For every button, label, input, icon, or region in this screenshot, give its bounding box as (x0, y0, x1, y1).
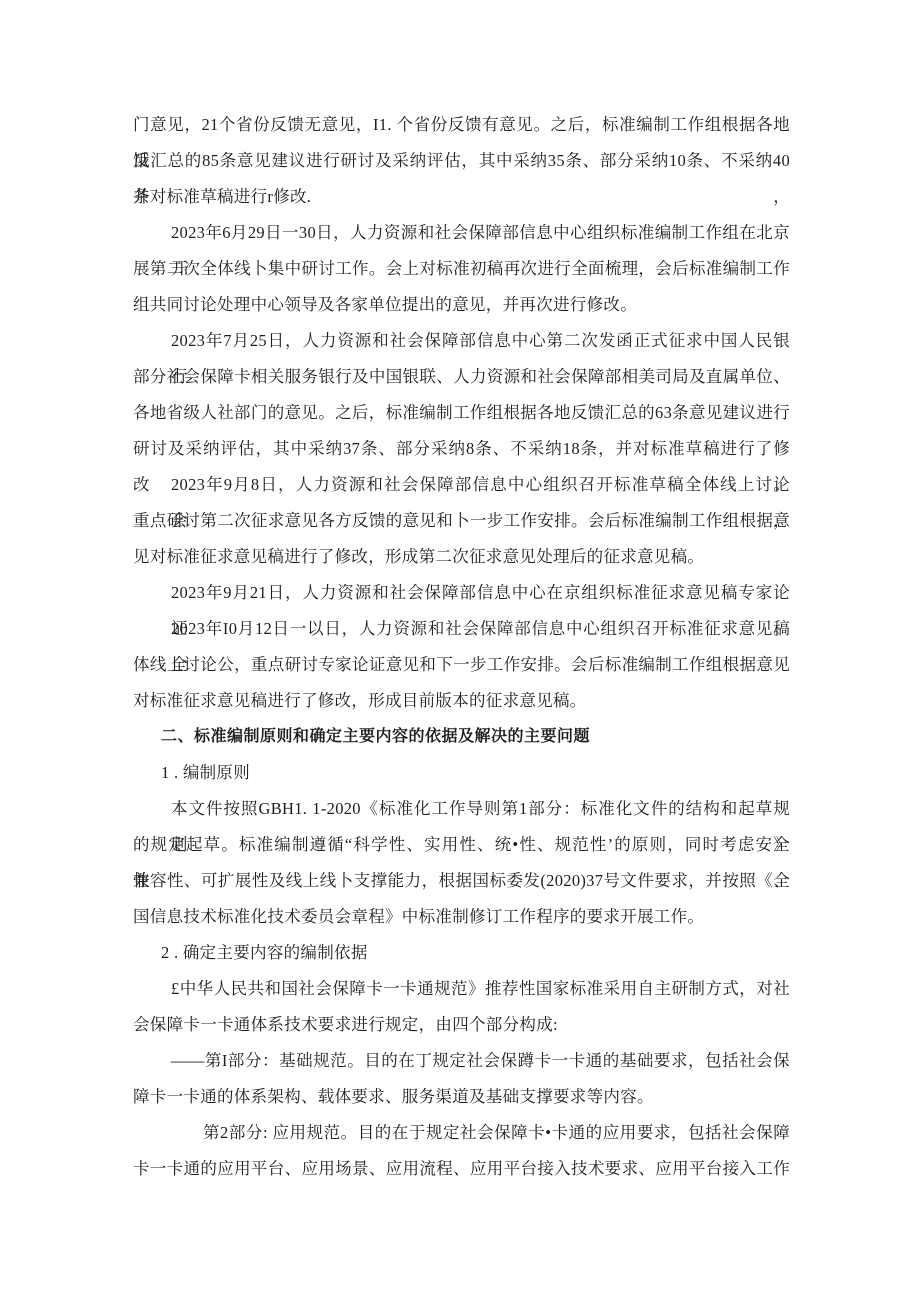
text-line: 对标准征求意见稿进行了修改，形成目前版本的征求意见稿。 (133, 683, 790, 719)
text-line: 2 . 确定主要内容的编制依据 (133, 935, 790, 971)
text-line: 研讨及采纳评估，其中采纳37条、部分采纳8条、不采纳18条，并对标准草稿进行了修… (133, 431, 790, 467)
text-line: 2023年6月29日一30日，人力资源和社会保障部信息中心组织标准编制工作组在北… (133, 215, 790, 251)
text-line: 2023年9月8日，人力资源和社会保障部信息中心组织召开标准草稿全体线上讨论会， (133, 467, 790, 503)
text-line: 门意见，21个省份反馈无意见，I1. 个省份反馈有意见。之后，标准编制工作组根据… (133, 107, 790, 143)
text-line: ——第I部分：基础规范。目的在丁规定社会保蹲卡一卡通的基础要求，包括社会保 (133, 1043, 790, 1079)
text-line: 兼容性、可扩展性及线上线卜支撑能力，根据国标委发(2020)37号文件要求，并按… (133, 863, 790, 899)
text-line: 国信息技术标准化技术委员会章程》中标准制修订工作程序的要求开展工作。 (133, 899, 790, 935)
document-text-block: 门意见，21个省份反馈无意见，I1. 个省份反馈有意见。之后，标准编制工作组根据… (133, 107, 790, 1187)
text-line: 2023年9月21日，人力资源和社会保障部信息中心在京组织标准征求意见稿专家论证… (133, 575, 790, 611)
text-line: 本文件按照GBH1. 1-2020《标准化工作导则第1部分：标准化文件的结构和起… (133, 791, 790, 827)
text-line: 2023年7月25日，人力资源和社会保障部信息中心第二次发函正式征求中国人民银行… (133, 323, 790, 359)
text-line: 饿汇总的85条意见建议进行研讨及采纳评估，其中采纳35条、部分采纳10条、不采纳… (133, 143, 790, 179)
text-line: 组共同讨论处理中心领导及各家单位提出的意见，并再次进行修改。 (133, 287, 790, 323)
text-line: 重点研讨第二次征求意见各方反馈的意见和卜一步工作安排。会后标准编制工作组根据意 (133, 503, 790, 539)
text-line: 二、标准编制原则和确定主要内容的依据及解决的主要问题 (133, 719, 790, 755)
text-line: 见对标准征求意见稿进行了修改，形成第二次征求意见处理后的征求意见稿。 (133, 539, 790, 575)
text-line: 1 . 编制原则 (133, 755, 790, 791)
text-line: 2023年I0月12日一以日，人力资源和社会保障部信息中心组织召开标准征求意见稿… (133, 611, 790, 647)
text-line: 的规定起草。标准编制遵循“科学性、实用性、统•性、规范性’的原则，同时考虑安全性… (133, 827, 790, 863)
text-line: 部分社会保障卡相关服务银行及中国银联、人力资源和社会保障部相美司局及直属单位、 (133, 359, 790, 395)
text-line: 体线上讨论公，重点研讨专家论证意见和下一步工作安排。会后标准编制工作组根据意见 (133, 647, 790, 683)
text-line: £中华人民共和国社会保障卡一卡通规范》推荐性国家标准采用自主研制方式，对社 (133, 971, 790, 1007)
document-page: 门意见，21个省份反馈无意见，I1. 个省份反馈有意见。之后，标准编制工作组根据… (0, 0, 920, 1301)
text-line: 展第二次全体线卜集中研讨工作。会上对标准初稿再次进行全面梳理，会后标准编制工作 (133, 251, 790, 287)
text-line: 第2部分: 应用规范。目的在于规定社会保障卡•卡通的应用要求，包括社会保障 (133, 1115, 790, 1151)
text-line: 会保障卡一卡通体系技术要求进行规定，由四个部分构成: (133, 1007, 790, 1043)
text-line: 各地省级人社部门的意见。之后，标准编制工作组根据各地反馈汇总的63条意见建议进行 (133, 395, 790, 431)
text-line: 障卡一卡通的体系架构、载体要求、服务渠道及基础支撑要求等内容。 (133, 1079, 790, 1115)
text-line: 卡一卡通的应用平台、应用场景、应用流程、应用平台接入技术要求、应用平台接入工作 (133, 1151, 790, 1187)
